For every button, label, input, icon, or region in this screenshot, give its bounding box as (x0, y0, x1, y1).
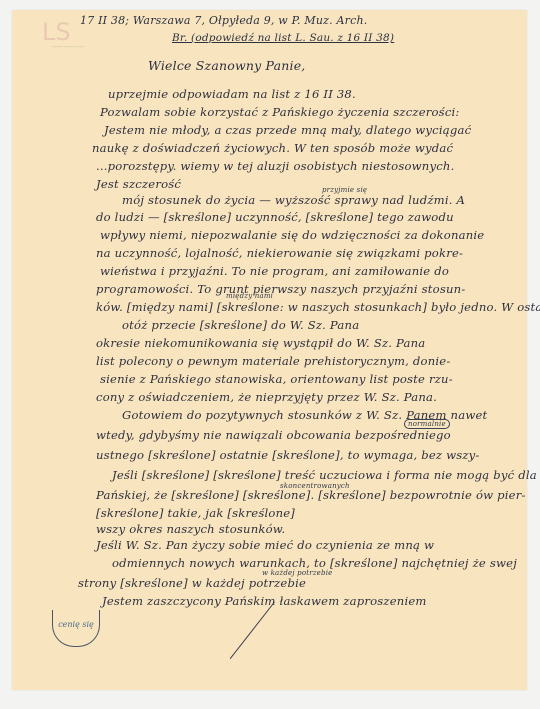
body-line-3: Jestem nie młody, a czas przede mną mały… (104, 123, 471, 137)
body-line-26: Jeśli W. Sz. Pan życzy sobie mieć do czy… (96, 538, 434, 552)
body-line-20: wtedy, gdybyśmy nie nawiązali obcowania … (96, 428, 451, 442)
closing-slash-stroke (230, 602, 275, 659)
body-line-21: ustnego [skreślone] ostatnie [skreślone]… (96, 448, 480, 462)
body-line-22: Jeśli [skreślone] [skreślone] treść uczu… (112, 468, 537, 482)
body-line-1: uprzejmie odpowiadam na list z 16 II 38. (108, 87, 356, 101)
body-line-17: sienie z Pańskiego stanowiska, orientowa… (100, 372, 453, 386)
body-line-14: otóż przecie [skreślone] do W. Sz. Pana (122, 318, 359, 332)
body-line-9: wpływy niemi, niepozwalanie się do wdzię… (100, 228, 484, 242)
interlinear-note: w każdej potrzebie (262, 569, 333, 577)
interlinear-note: między nami (226, 292, 273, 300)
body-line-18: cony z oświadczeniem, że nieprzyjęty prz… (96, 390, 437, 404)
body-line-29: Jestem zaszczycony Pańskim łaskawem zapr… (102, 594, 427, 608)
body-line-27: odmiennych nowych warunkach, to [skreślo… (112, 556, 517, 570)
body-line-15: okresie niekomunikowania się wystąpił do… (96, 336, 425, 350)
body-line-12: programowości. To grunt pierwszy naszych… (96, 282, 465, 296)
interlinear-note: przyjmie się (322, 186, 367, 194)
body-line-24: [skreślone] takie, jak [skreślone] (96, 506, 295, 520)
body-line-25: wszy okres naszych stosunków. (96, 522, 285, 536)
salutation: Wielce Szanowny Panie, (148, 58, 305, 73)
manuscript-page: LS ——— 17 II 38; Warszawa 7, Ołpyłeda 9,… (12, 10, 527, 690)
body-line-5: ...porozstępy. wiemy w tej aluzji osobis… (96, 159, 454, 173)
body-line-8: do ludzi — [skreślone] uczynność, [skreś… (96, 210, 454, 224)
body-line-28: strony [skreślone] w każdej potrzebie (78, 576, 306, 590)
body-line-13: ków. [między nami] [skreślone: w naszych… (96, 300, 540, 314)
body-line-23: Pańskiej, że [skreślone] [skreślone]. [s… (96, 488, 526, 502)
body-line-10: na uczynność, lojalność, niekierowanie s… (96, 246, 463, 260)
body-line-16: list polecony o pewnym materiale prehist… (96, 354, 450, 368)
body-line-7: mój stosunek do życia — wyższość sprawy … (122, 193, 465, 207)
body-line-6: Jest szczerość (96, 177, 181, 191)
bleed-through-text: ——— (52, 40, 85, 53)
interlinear-note: normalnie (404, 420, 450, 428)
body-line-11: wieństwa i przyjaźni. To nie program, an… (100, 264, 449, 278)
margin-note-circled: cenię się (52, 610, 100, 647)
body-line-2: Pozwalam sobie korzystać z Pańskiego życ… (100, 105, 460, 119)
header-reference-line: Br. (odpowiedź na list L. Sau. z 16 II 3… (172, 32, 394, 44)
body-line-4: naukę z doświadczeń życiowych. W ten spo… (92, 141, 453, 155)
header-date-line: 17 II 38; Warszawa 7, Ołpyłeda 9, w P. M… (80, 14, 367, 27)
